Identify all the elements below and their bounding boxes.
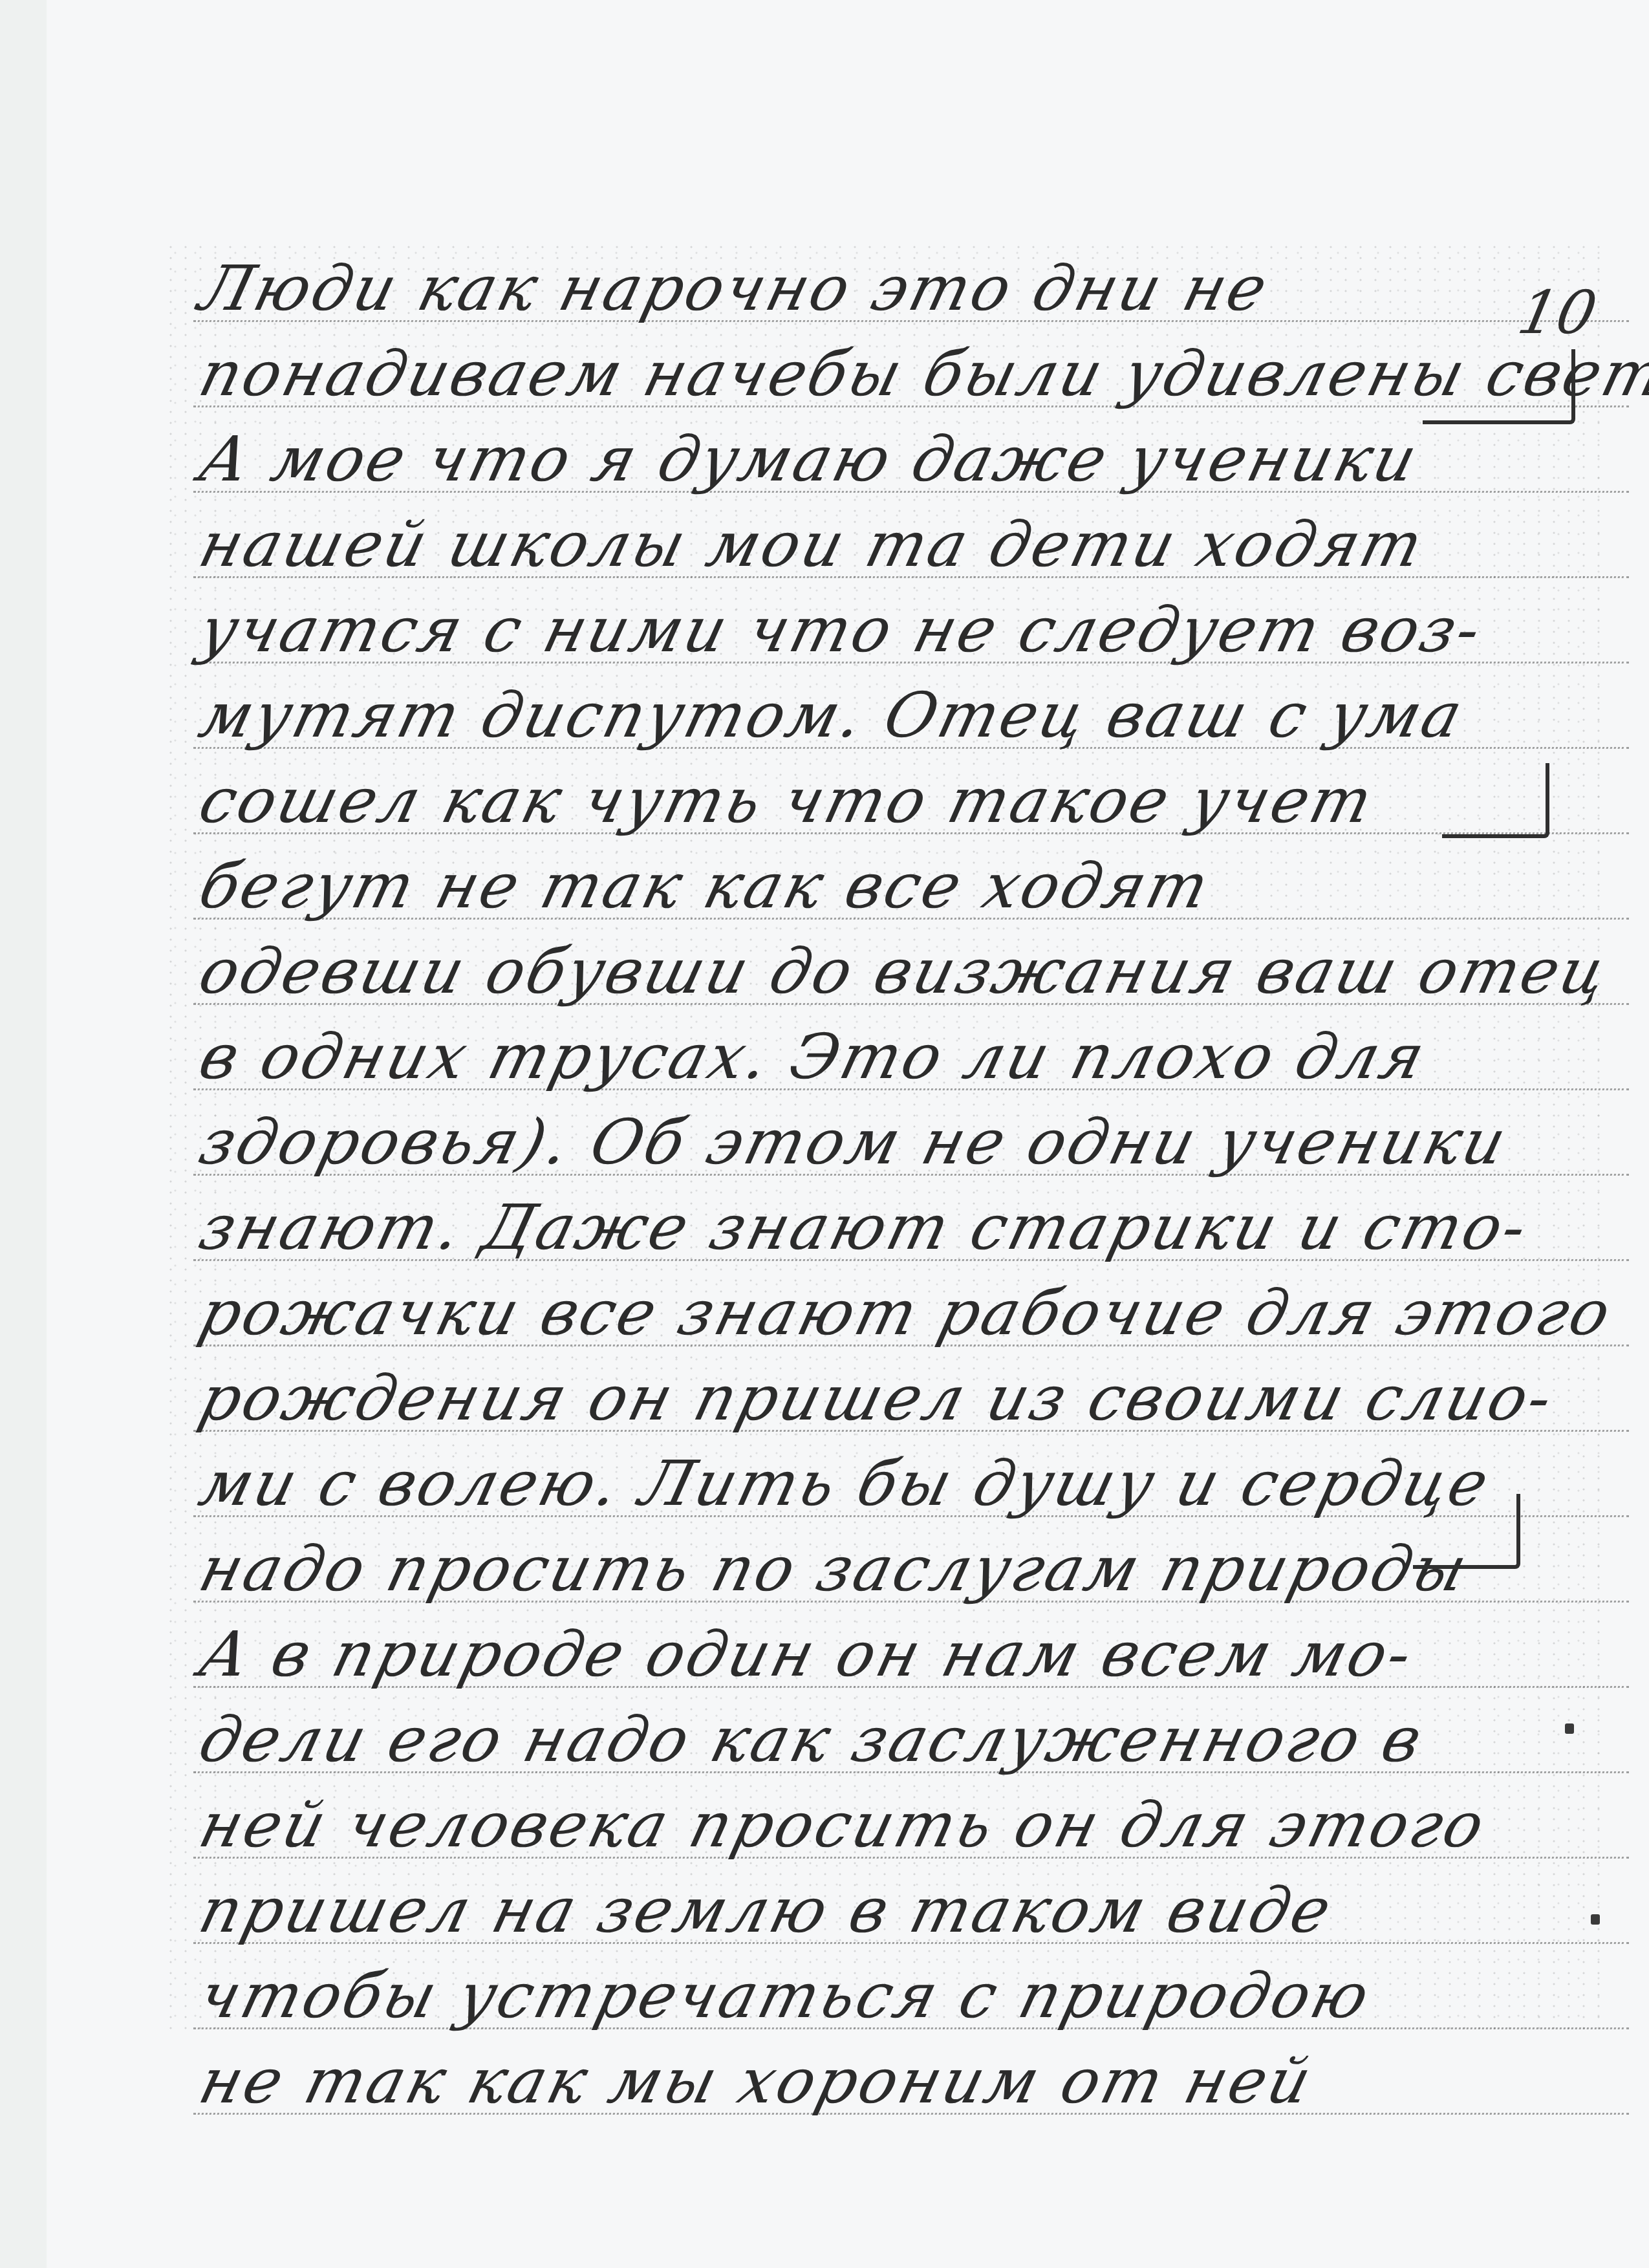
ruled-line [193,2113,1629,2115]
manuscript-line: понадиваем начебы были удивлены свет [191,331,1622,416]
manuscript-line: чтобы устречаться с природою [191,1953,1622,2038]
manuscript-line: сошел как чуть что такое учет [191,758,1622,843]
ruled-line [193,2027,1629,2029]
scan-left-edge [0,0,47,2268]
manuscript-line: пришел на землю в таком виде [191,1868,1622,1953]
margin-bracket-mark [1442,763,1549,838]
ruled-line [193,918,1629,920]
manuscript-line: мутят диспутом. Отец ваш с ума [191,673,1622,758]
ruled-line [193,747,1629,749]
manuscript-line: рождения он пришел из своими слио- [191,1355,1622,1441]
manuscript-line: Люди как нарочно это дни не [191,246,1622,331]
ruled-line [193,1088,1629,1090]
manuscript-line: знают. Даже знают старики и сто- [191,1185,1622,1270]
ruled-line [193,1259,1629,1261]
ruled-line [193,1942,1629,1944]
manuscript-line: дели его надо как заслуженного в [191,1697,1622,1782]
ruled-line [193,1430,1629,1432]
manuscript-line: А мое что я думаю даже ученики [191,416,1622,502]
ruled-line [193,491,1629,493]
ruled-line [193,1003,1629,1005]
ruled-line [193,1857,1629,1859]
manuscript-line: бегут не так как все ходят [191,843,1622,929]
manuscript-line: надо просить по заслугам природы [191,1526,1622,1612]
ruled-line [193,405,1629,407]
margin-dot-mark [1591,1914,1600,1925]
manuscript-body: Люди как нарочно это дни не понадиваем н… [191,246,1600,2124]
ruled-line [193,1601,1629,1603]
ruled-line [193,1686,1629,1688]
manuscript-line: ней человека просить он для этого [191,1782,1622,1868]
manuscript-line: А в природе один он нам всем мо- [191,1612,1622,1697]
ruled-line [193,1771,1629,1773]
margin-dot-mark [1565,1723,1574,1734]
ruled-line [193,320,1629,322]
manuscript-line: здоровья). Об этом не одни ученики [191,1099,1622,1185]
manuscript-line: не так как мы хороним от ней [191,2038,1622,2124]
manuscript-line: ми с волею. Лить бы душу и сердце [191,1441,1622,1526]
ruled-line [193,1345,1629,1346]
manuscript-line: в одних трусах. Это ли плохо для [191,1014,1622,1099]
manuscript-line: одевши обувши до визжания ваш отец [191,929,1622,1014]
ruled-line [193,576,1629,578]
ruled-line [193,1174,1629,1176]
ruled-line [193,832,1629,834]
ruled-line [193,662,1629,664]
manuscript-line: рожачки все знают рабочие для этого [191,1270,1622,1355]
manuscript-line: нашей школы мои та дети ходят [191,502,1622,587]
margin-bracket-mark [1423,349,1575,424]
manuscript-line: учатся с ними что не следует воз- [191,587,1622,673]
margin-bracket-mark [1413,1494,1520,1569]
